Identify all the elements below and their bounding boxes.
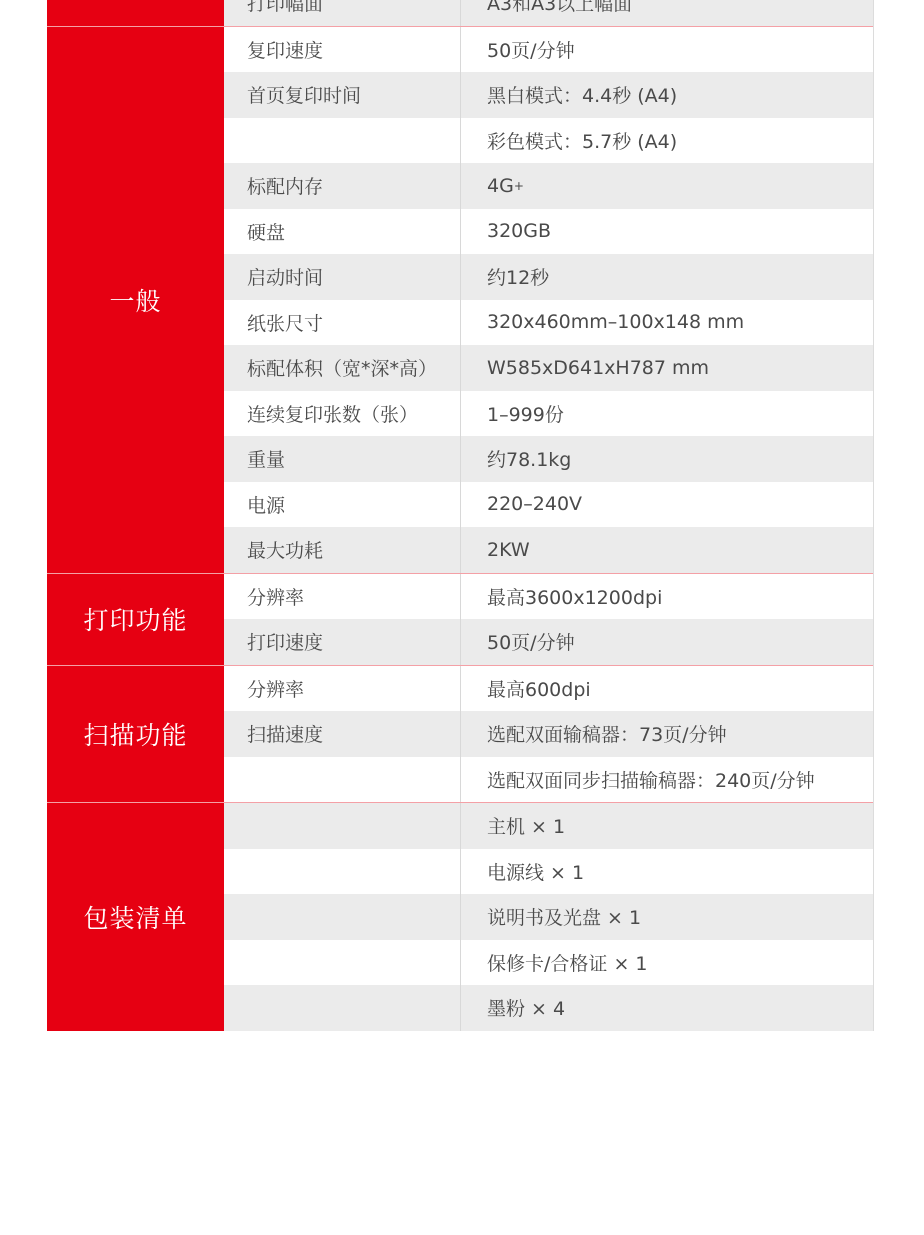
section-general: 一般 复印速度 50页/分钟 首页复印时间 黑白模式：4.4秒 (A4) 彩色模… xyxy=(47,26,873,573)
section-rows: 分辨率 最高3600x1200dpi 打印速度 50页/分钟 xyxy=(224,574,873,665)
spec-value: 主机 × 1 xyxy=(461,803,873,849)
table-row: 连续复印张数（张） 1–999份 xyxy=(224,391,873,437)
table-row: 分辨率 最高3600x1200dpi xyxy=(224,574,873,620)
spec-name: 重量 xyxy=(224,436,461,482)
spec-value: 320GB xyxy=(461,209,873,255)
spec-name: 标配体积（宽*深*高） xyxy=(224,345,461,391)
spec-value: 50页/分钟 xyxy=(461,619,873,665)
section-print-area: 打印幅面 A3和A3以上幅面 xyxy=(47,0,873,26)
table-row: 重量 约78.1kg xyxy=(224,436,873,482)
table-row: 电源线 × 1 xyxy=(224,849,873,895)
table-row: 打印速度 50页/分钟 xyxy=(224,619,873,665)
spec-name xyxy=(224,757,461,803)
table-row: 纸张尺寸 320x460mm–100x148 mm xyxy=(224,300,873,346)
table-row: 复印速度 50页/分钟 xyxy=(224,27,873,73)
spec-name: 纸张尺寸 xyxy=(224,300,461,346)
spec-value: 220–240V xyxy=(461,482,873,528)
table-row: 打印幅面 A3和A3以上幅面 xyxy=(224,0,873,26)
table-row: 标配内存 4G+ xyxy=(224,163,873,209)
spec-value: 电源线 × 1 xyxy=(461,849,873,895)
spec-name: 连续复印张数（张） xyxy=(224,391,461,437)
spec-value: 保修卡/合格证 × 1 xyxy=(461,940,873,986)
spec-name: 电源 xyxy=(224,482,461,528)
spec-value: 最高600dpi xyxy=(461,666,873,712)
spec-name: 复印速度 xyxy=(224,27,461,73)
spec-name: 最大功耗 xyxy=(224,527,461,573)
section-print-function: 打印功能 分辨率 最高3600x1200dpi 打印速度 50页/分钟 xyxy=(47,573,873,665)
table-row: 选配双面同步扫描输稿器：240页/分钟 xyxy=(224,757,873,803)
spec-name: 打印幅面 xyxy=(224,0,461,26)
spec-name: 分辨率 xyxy=(224,666,461,712)
table-row: 首页复印时间 黑白模式：4.4秒 (A4) xyxy=(224,72,873,118)
spec-value: 彩色模式：5.7秒 (A4) xyxy=(461,118,873,164)
spec-value: 4G+ xyxy=(461,163,873,209)
table-row: 扫描速度 选配双面输稿器：73页/分钟 xyxy=(224,711,873,757)
spec-value-text: 4G xyxy=(487,175,514,197)
table-row: 启动时间 约12秒 xyxy=(224,254,873,300)
spec-name: 启动时间 xyxy=(224,254,461,300)
spec-table: 打印幅面 A3和A3以上幅面 一般 复印速度 50页/分钟 首页复印时间 黑白模… xyxy=(47,0,874,1031)
spec-name: 分辨率 xyxy=(224,574,461,620)
spec-name: 标配内存 xyxy=(224,163,461,209)
table-row: 墨粉 × 4 xyxy=(224,985,873,1031)
table-row: 硬盘 320GB xyxy=(224,209,873,255)
table-row: 最大功耗 2KW xyxy=(224,527,873,573)
table-row: 标配体积（宽*深*高） W585xD641xH787 mm xyxy=(224,345,873,391)
spec-name xyxy=(224,940,461,986)
spec-name: 扫描速度 xyxy=(224,711,461,757)
spec-name: 首页复印时间 xyxy=(224,72,461,118)
table-row: 主机 × 1 xyxy=(224,803,873,849)
section-label: 一般 xyxy=(47,27,224,573)
section-rows: 主机 × 1 电源线 × 1 说明书及光盘 × 1 保修卡/合格证 × 1 墨粉… xyxy=(224,803,873,1031)
spec-name xyxy=(224,985,461,1031)
spec-value: 约12秒 xyxy=(461,254,873,300)
spec-name: 打印速度 xyxy=(224,619,461,665)
section-label xyxy=(47,0,224,26)
section-rows: 分辨率 最高600dpi 扫描速度 选配双面输稿器：73页/分钟 选配双面同步扫… xyxy=(224,666,873,803)
spec-value: 50页/分钟 xyxy=(461,27,873,73)
spec-value: 墨粉 × 4 xyxy=(461,985,873,1031)
spec-value: W585xD641xH787 mm xyxy=(461,345,873,391)
spec-value: 最高3600x1200dpi xyxy=(461,574,873,620)
spec-value: 选配双面同步扫描输稿器：240页/分钟 xyxy=(461,757,873,803)
spec-value: 1–999份 xyxy=(461,391,873,437)
section-rows: 复印速度 50页/分钟 首页复印时间 黑白模式：4.4秒 (A4) 彩色模式：5… xyxy=(224,27,873,573)
section-rows: 打印幅面 A3和A3以上幅面 xyxy=(224,0,873,26)
spec-name: 硬盘 xyxy=(224,209,461,255)
table-row: 保修卡/合格证 × 1 xyxy=(224,940,873,986)
spec-value: A3和A3以上幅面 xyxy=(461,0,873,26)
section-scan-function: 扫描功能 分辨率 最高600dpi 扫描速度 选配双面输稿器：73页/分钟 选配… xyxy=(47,665,873,803)
spec-value: 2KW xyxy=(461,527,873,573)
section-label: 扫描功能 xyxy=(47,666,224,803)
spec-name xyxy=(224,894,461,940)
spec-value: 选配双面输稿器：73页/分钟 xyxy=(461,711,873,757)
spec-value: 说明书及光盘 × 1 xyxy=(461,894,873,940)
spec-value: 320x460mm–100x148 mm xyxy=(461,300,873,346)
table-row: 说明书及光盘 × 1 xyxy=(224,894,873,940)
spec-name xyxy=(224,118,461,164)
section-label: 包装清单 xyxy=(47,803,224,1031)
spec-name xyxy=(224,849,461,895)
spec-value: 约78.1kg xyxy=(461,436,873,482)
section-label: 打印功能 xyxy=(47,574,224,665)
spec-name xyxy=(224,803,461,849)
table-row: 彩色模式：5.7秒 (A4) xyxy=(224,118,873,164)
spec-value: 黑白模式：4.4秒 (A4) xyxy=(461,72,873,118)
section-package-list: 包装清单 主机 × 1 电源线 × 1 说明书及光盘 × 1 保修卡/合格证 ×… xyxy=(47,802,873,1031)
table-row: 电源 220–240V xyxy=(224,482,873,528)
table-row: 分辨率 最高600dpi xyxy=(224,666,873,712)
